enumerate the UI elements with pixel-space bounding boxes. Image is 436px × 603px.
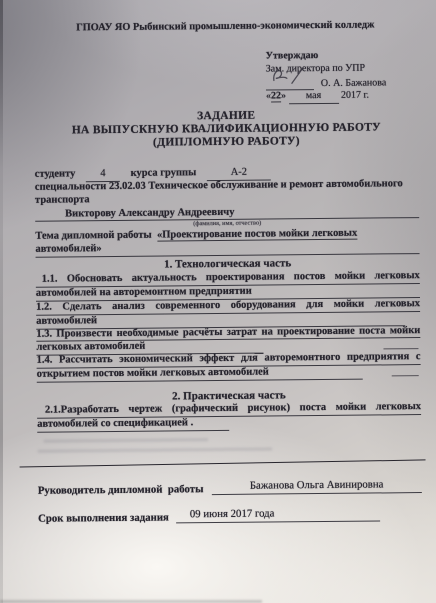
- rule-dash: [384, 348, 419, 349]
- college-header: ГПОАУ ЯО Рыбинский промышленно-экономиче…: [33, 19, 417, 34]
- approval-name: О. А. Бажанова: [321, 77, 386, 90]
- section-1-items: 1.1. Обосновать актуальность проектирова…: [36, 270, 421, 382]
- approval-year: 2017 г.: [341, 90, 369, 101]
- theme-line-2: автомобилей»: [35, 240, 419, 257]
- scanned-document-page: ГПОАУ ЯО Рыбинский промышленно-экономиче…: [0, 0, 436, 603]
- student-label: студенту: [35, 168, 76, 179]
- theme-label: Тема дипломной работы: [35, 229, 151, 241]
- item-1-2-line-2: автомобилей: [36, 312, 420, 329]
- supervisor-name: Бажанова Ольга Авинировна: [211, 478, 421, 495]
- section-1-title: 1. Технологическая часть: [36, 256, 420, 272]
- deadline-row: Срок выполнения задания 09 июня 2017 год…: [38, 506, 422, 525]
- quote-close: »: [281, 91, 286, 102]
- document-title: ЗАДАНИЕ НА ВЫПУСКНУЮ КВАЛИФИКАЦИОННУЮ РА…: [34, 108, 418, 151]
- handwritten-signature-icon: [270, 65, 314, 87]
- item-1-4-line-2: открытием постов мойки легковых автомоби…: [37, 365, 421, 382]
- student-block: студенту 4 курса группы А-2 специальност…: [35, 165, 420, 258]
- approval-signature-row: О. А. Бажанова: [266, 74, 428, 91]
- supervisor-label: Руководитель дипломной работы: [38, 483, 204, 497]
- approval-date-row: «22» мая 2017 г.: [266, 89, 428, 104]
- deadline-value: 09 июня 2017 года: [176, 506, 380, 523]
- approval-day: 22: [271, 91, 281, 103]
- section-2-items: 2.1.Разработать чертеж (графический рису…: [37, 401, 421, 431]
- photo-edge-shadow: [0, 0, 3, 603]
- theme-value-1: «Проектирование постов мойки легковых: [157, 227, 357, 241]
- bleed-through-smudge: [37, 447, 272, 452]
- group-label: курса группы: [131, 167, 197, 179]
- supervisor-row: Руководитель дипломной работы Бажанова О…: [38, 478, 422, 497]
- approval-block: Утверждаю Зам. директора по УПР О. А. Ба…: [266, 49, 429, 104]
- deadline-label: Срок выполнения задания: [38, 511, 169, 524]
- divider-line: [20, 459, 426, 467]
- item-2-1-line-2: автомобилей со спецификацией .: [37, 415, 421, 432]
- signature-line: [266, 75, 314, 90]
- approval-month: мая: [288, 90, 338, 104]
- rule-dash: [392, 375, 419, 376]
- bleed-through-smudge: [43, 438, 208, 443]
